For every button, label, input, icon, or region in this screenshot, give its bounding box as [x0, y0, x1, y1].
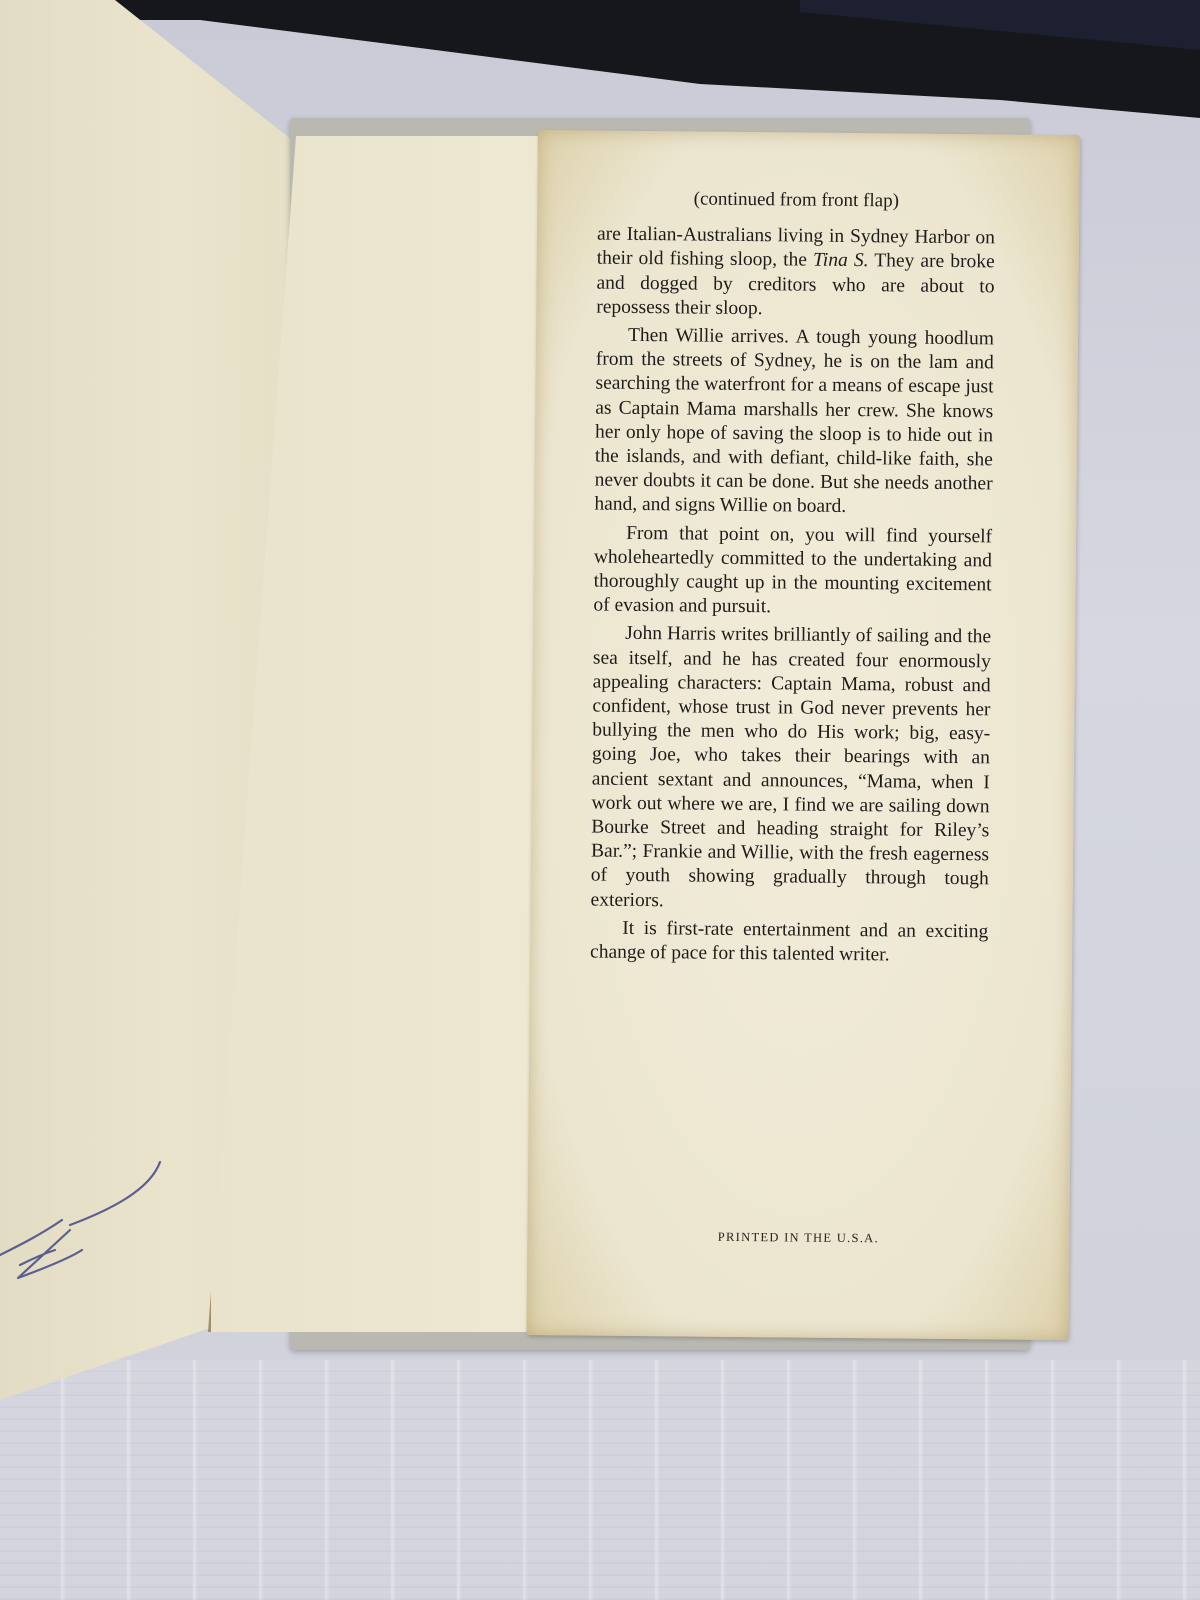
signature-icon	[0, 1150, 200, 1310]
continued-header: (continued from front flap)	[597, 187, 995, 215]
flap-paragraph: Then Willie arrives. A tough young hoodl…	[594, 324, 994, 521]
italic-title-text: Tina S.	[813, 250, 869, 272]
dust-jacket-back-flap: (continued from front flap) are Italian-…	[526, 130, 1080, 1340]
flap-text-block: (continued from front flap) are Italian-…	[590, 187, 995, 973]
flap-paragraph: John Harris writes brilliantly of sailin…	[590, 622, 991, 916]
paragraph-text: Then Willie arrives. A tough young hoodl…	[594, 325, 994, 518]
background-plastic-sheet	[0, 1360, 1200, 1600]
printed-in-usa-footer: PRINTED IN THE U.S.A.	[527, 1228, 1069, 1248]
paragraph-text: It is first-rate entertainment and an ex…	[590, 918, 988, 966]
flap-paragraph: From that point on, you will find yourse…	[593, 521, 992, 622]
paragraph-text: John Harris writes brilliantly of sailin…	[591, 623, 992, 911]
flap-paragraph: It is first-rate entertainment and an ex…	[590, 916, 988, 968]
flap-paragraph: are Italian-Australians living in Sydney…	[596, 223, 995, 324]
paragraph-text: From that point on, you will find yourse…	[593, 523, 992, 618]
